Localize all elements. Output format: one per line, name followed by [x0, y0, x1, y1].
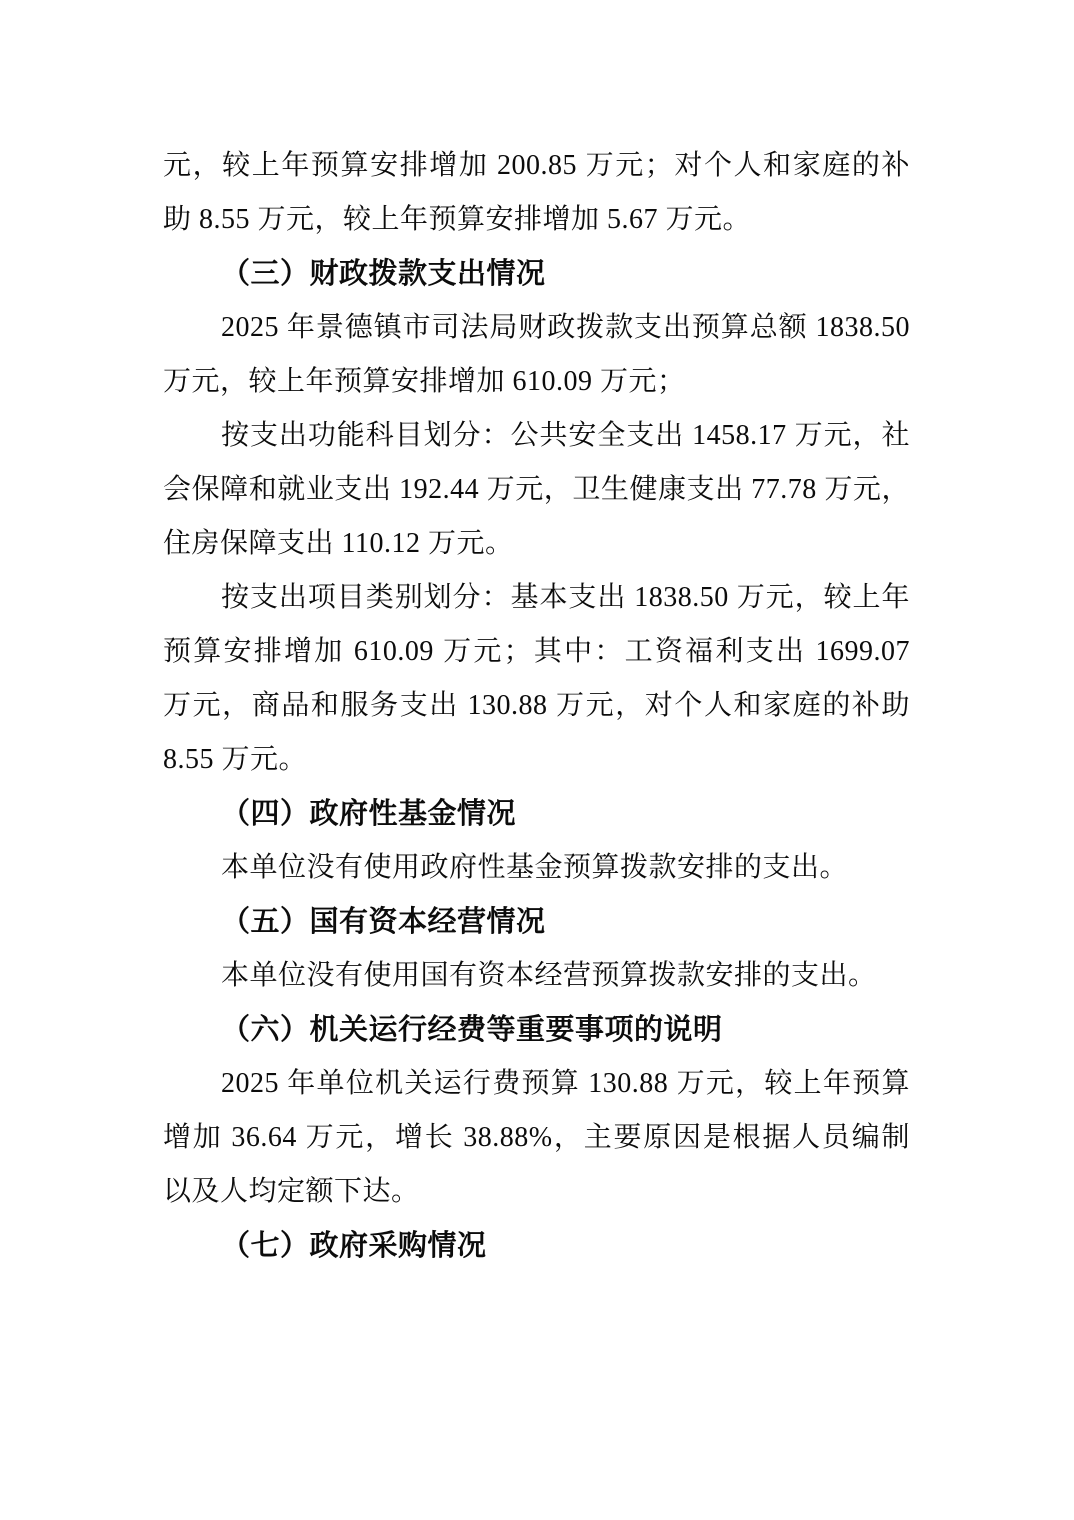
- text-line: 8.55 万元。: [163, 733, 910, 787]
- text-line: 元，较上年预算安排增加 200.85 万元；对个人和家庭的补: [163, 139, 910, 193]
- text-line: 万元，商品和服务支出 130.88 万元，对个人和家庭的补助: [163, 679, 910, 733]
- text-line: 会保障和就业支出 192.44 万元，卫生健康支出 77.78 万元，: [163, 463, 910, 517]
- text-line: 本单位没有使用国有资本经营预算拨款安排的支出。: [163, 949, 910, 1003]
- section-heading: （六）机关运行经费等重要事项的说明: [163, 1003, 910, 1057]
- text-line: 本单位没有使用政府性基金预算拨款安排的支出。: [163, 841, 910, 895]
- text-line: 2025 年单位机关运行费预算 130.88 万元，较上年预算: [163, 1057, 910, 1111]
- section-heading: （四）政府性基金情况: [163, 787, 910, 841]
- section-heading: （七）政府采购情况: [163, 1219, 910, 1273]
- text-line: 住房保障支出 110.12 万元。: [163, 517, 910, 571]
- section-heading: （五）国有资本经营情况: [163, 895, 910, 949]
- text-line: 2025 年景德镇市司法局财政拨款支出预算总额 1838.50: [163, 301, 910, 355]
- section-heading: （三）财政拨款支出情况: [163, 247, 910, 301]
- document-page: 元，较上年预算安排增加 200.85 万元；对个人和家庭的补助 8.55 万元，…: [0, 0, 1074, 1520]
- text-line: 按支出功能科目划分：公共安全支出 1458.17 万元，社: [163, 409, 910, 463]
- text-line: 万元，较上年预算安排增加 610.09 万元；: [163, 355, 910, 409]
- document-body: 元，较上年预算安排增加 200.85 万元；对个人和家庭的补助 8.55 万元，…: [163, 139, 910, 1273]
- text-line: 助 8.55 万元，较上年预算安排增加 5.67 万元。: [163, 193, 910, 247]
- text-line: 按支出项目类别划分：基本支出 1838.50 万元，较上年: [163, 571, 910, 625]
- text-line: 以及人均定额下达。: [163, 1165, 910, 1219]
- text-line: 增加 36.64 万元，增长 38.88%，主要原因是根据人员编制数: [163, 1111, 910, 1165]
- text-line: 预算安排增加 610.09 万元；其中：工资福利支出 1699.07: [163, 625, 910, 679]
